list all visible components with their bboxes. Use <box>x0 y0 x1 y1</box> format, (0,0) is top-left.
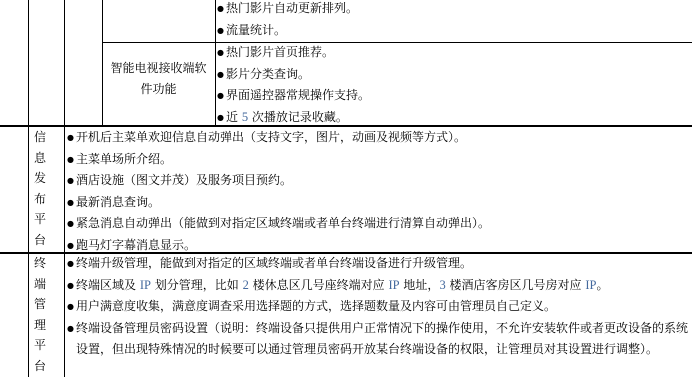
bullet-line: ●开机后主菜单欢迎信息自动弹出（支持文字，图片，动画及视频等方式）。 <box>67 127 490 149</box>
bullet-line: ●近 5 次播放记录收藏。 <box>217 107 370 129</box>
bullet-icon: ● <box>67 297 76 318</box>
text-segment: 界面遥控器常规操作支持。 <box>226 88 370 102</box>
text-segment: 。 <box>596 278 608 292</box>
text-segment: 热门影片自动更新排列。 <box>226 1 358 15</box>
latin-accent-text: IP <box>388 278 399 292</box>
text-segment: 热门影片首页推荐。 <box>226 45 334 59</box>
bullet-line: ●热门影片自动更新排列。 <box>217 0 358 20</box>
vertical-label-char: 布 <box>28 189 52 210</box>
terminal-platform-vertical-label: 终端管理平台 <box>28 253 52 377</box>
vertical-label-char: 台 <box>28 230 52 251</box>
bullet-line: 设置，但出现特殊情况的时候要可以通过管理员密码开放某台终端设备的权限，让管理员对… <box>67 339 688 361</box>
bullet-line: ●紧急消息自动弹出（能做到对指定区域终端或者单台终端进行清算自动弹出）。 <box>67 213 490 235</box>
bullet-line: ●界面遥控器常规操作支持。 <box>217 85 370 107</box>
vertical-label-char: 平 <box>28 209 52 230</box>
bullet-icon: ● <box>67 214 76 235</box>
vertical-label-char: 台 <box>28 356 52 377</box>
text-segment: 楼休息区几号座终端对应 <box>249 278 389 292</box>
bullet-line: ●最新消息查询。 <box>67 192 490 214</box>
text-segment: 楼酒店客房区几号房对应 <box>446 278 586 292</box>
vertical-label-char: 理 <box>28 315 52 336</box>
text-segment: 划分管理，比如 <box>151 278 243 292</box>
latin-accent-text: IP <box>585 278 596 292</box>
vertical-label-char: 终 <box>28 253 52 274</box>
bullet-icon: ● <box>217 43 226 64</box>
cell-label-line: 智能电视接收端软 <box>102 58 215 79</box>
bullet-spacer <box>67 340 76 361</box>
bullet-icon: ● <box>67 254 76 275</box>
vertical-label-char: 平 <box>28 335 52 356</box>
bullet-line: ●用户满意度收集，满意度调查采用选择题的方式，选择题数量及内容可由管理员自己定义… <box>67 296 688 318</box>
bullet-line: ●主菜单场所介绍。 <box>67 149 490 171</box>
vertical-label-char: 息 <box>28 148 52 169</box>
text-segment: 最新消息查询。 <box>76 195 160 209</box>
bullet-line: ●影片分类查询。 <box>217 64 370 86</box>
text-segment: 用户满意度收集，满意度调查采用选择题的方式，选择题数量及内容可由管理员自己定义。 <box>76 299 556 313</box>
text-segment: 开机后主菜单欢迎信息自动弹出（支持文字，图片，动画及视频等方式）。 <box>76 130 466 144</box>
text-segment: 近 <box>226 110 242 124</box>
text-segment: 跑马灯字幕消息显示。 <box>76 238 196 252</box>
vertical-label-char: 信 <box>28 127 52 148</box>
text-segment: 次播放记录收藏。 <box>248 110 348 124</box>
vertical-label-char: 端 <box>28 274 52 295</box>
text-segment: 酒店设施（图文并茂）及服务项目预约。 <box>76 173 292 187</box>
bullet-icon: ● <box>67 171 76 192</box>
bullet-line: ●流量统计。 <box>217 20 358 42</box>
text-segment: 终端升级管理，能做到对指定的区域终端或者单台终端设备进行升级管理。 <box>76 256 472 270</box>
document-table: ●热门影片自动更新排列。●流量统计。 智能电视接收端软 件功能 ●热门影片首页推… <box>0 0 692 377</box>
text-segment: 地址， <box>400 278 440 292</box>
bullet-icon: ● <box>217 86 226 107</box>
smart-tv-function-cell-label: 智能电视接收端软 件功能 <box>102 58 215 99</box>
bullet-icon: ● <box>67 319 76 340</box>
bullet-line: ●终端升级管理，能做到对指定的区域终端或者单台终端设备进行升级管理。 <box>67 253 688 275</box>
table-border-row-divider <box>102 42 692 43</box>
text-segment: 流量统计。 <box>226 23 286 37</box>
text-segment: 终端区域及 <box>76 278 140 292</box>
bullet-icon: ● <box>217 65 226 86</box>
bullet-line: ●终端区域及 IP 划分管理，比如 2 楼休息区几号座终端对应 IP 地址，3 … <box>67 275 688 297</box>
bullet-icon: ● <box>217 108 226 129</box>
bullet-icon: ● <box>67 128 76 149</box>
info-platform-items: ●开机后主菜单欢迎信息自动弹出（支持文字，图片，动画及视频等方式）。●主菜单场所… <box>67 127 490 257</box>
text-segment: 设置，但出现特殊情况的时候要可以通过管理员密码开放某台终端设备的权限，让管理员对… <box>76 342 658 356</box>
vertical-label-char: 发 <box>28 168 52 189</box>
info-platform-vertical-label: 信息发布平台 <box>28 127 52 251</box>
text-segment: 终端设备管理员密码设置（说明：终端设备只提供用户正常情况下的操作使用，不允许安装… <box>76 321 688 335</box>
bullet-line: ●终端设备管理员密码设置（说明：终端设备只提供用户正常情况下的操作使用，不允许安… <box>67 318 688 340</box>
smart-tv-function-items: ●热门影片首页推荐。●影片分类查询。●界面遥控器常规操作支持。●近 5 次播放记… <box>217 42 370 128</box>
table-border-vertical-col2 <box>64 0 65 377</box>
bullet-icon: ● <box>217 0 226 20</box>
bullet-icon: ● <box>217 21 226 42</box>
bullet-icon: ● <box>67 193 76 214</box>
text-segment: 影片分类查询。 <box>226 67 310 81</box>
vertical-label-char: 管 <box>28 294 52 315</box>
text-segment: 紧急消息自动弹出（能做到对指定区域终端或者单台终端进行清算自动弹出）。 <box>76 216 490 230</box>
terminal-platform-items: ●终端升级管理，能做到对指定的区域终端或者单台终端设备进行升级管理。●终端区域及… <box>67 253 688 361</box>
bullet-line: ●热门影片首页推荐。 <box>217 42 370 64</box>
smart-tv-prev-row-items: ●热门影片自动更新排列。●流量统计。 <box>217 0 358 41</box>
latin-accent-text: IP <box>140 278 151 292</box>
text-segment: 主菜单场所介绍。 <box>76 152 172 166</box>
bullet-line: ●酒店设施（图文并茂）及服务项目预约。 <box>67 170 490 192</box>
cell-label-line: 件功能 <box>102 79 215 100</box>
bullet-icon: ● <box>67 150 76 171</box>
bullet-icon: ● <box>67 276 76 297</box>
table-border-vertical-col4 <box>215 0 216 125</box>
